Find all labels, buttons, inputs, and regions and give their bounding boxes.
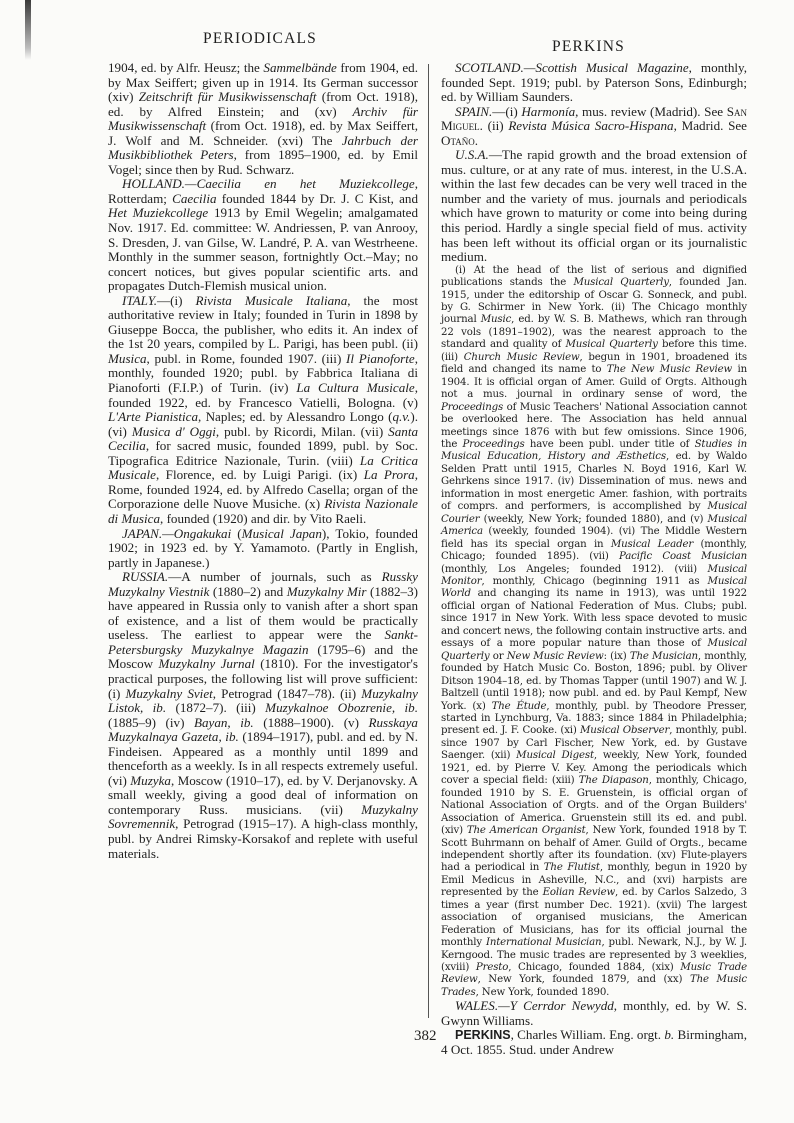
- section-head-spain: SPAIN.: [455, 104, 492, 119]
- paragraph-wales: WALES.—Y Cerrdor Newydd, monthly, ed. by…: [441, 999, 747, 1028]
- running-head-left: PERIODICALS: [203, 30, 317, 48]
- section-head-italy: ITALY.: [122, 293, 157, 308]
- paragraph-spain: SPAIN.—(i) Harmonía, mus. review (Madrid…: [441, 105, 747, 149]
- page-number: 382: [414, 1028, 437, 1045]
- column-divider: [428, 64, 429, 1018]
- entry-headword: PERKINS: [455, 1028, 511, 1042]
- paragraph-scotland: SCOTLAND.—Scottish Musical Magazine, mon…: [441, 61, 747, 105]
- section-head-scotland: SCOTLAND.—Scottish Musical Magazine: [455, 60, 689, 75]
- section-head-usa: U.S.A.: [455, 147, 489, 162]
- paragraph-usa: U.S.A.—The rapid growth and the broad ex…: [441, 148, 747, 264]
- section-head-wales: WALES.—Y Cerrdor Newydd: [455, 998, 614, 1013]
- section-head-japan: JAPAN.—Ongakukai: [122, 526, 231, 541]
- entry-perkins: PERKINS, Charles William. Eng. orgt. b. …: [441, 1028, 747, 1057]
- running-head-right: PERKINS: [552, 38, 625, 56]
- section-head-russia: RUSSIA.: [122, 569, 168, 584]
- paragraph-italy: ITALY.—(i) Rivista Musicale Italiana, th…: [108, 294, 418, 527]
- paragraph-holland: HOLLAND.—Caecilia en het Muziekcollege, …: [108, 177, 418, 293]
- section-head-holland: HOLLAND.—Caecilia en het Muziekcollege: [122, 176, 415, 191]
- cross-reference: Otaño: [441, 133, 475, 148]
- paragraph-germany-continued: 1904, ed. by Alfr. Heusz; the Sammelbänd…: [108, 61, 418, 177]
- right-column: SCOTLAND.—Scottish Musical Magazine, mon…: [441, 61, 747, 1058]
- left-column: 1904, ed. by Alfr. Heusz; the Sammelbänd…: [108, 61, 418, 861]
- paragraph-russia: RUSSIA.—A number of journals, such as Ru…: [108, 570, 418, 861]
- paragraph-japan: JAPAN.—Ongakukai (Musical Japan), Tokio,…: [108, 527, 418, 571]
- scan-edge-shadow: [25, 0, 31, 60]
- paragraph-usa-smallprint: (i) At the head of the list of serious a…: [441, 265, 747, 1000]
